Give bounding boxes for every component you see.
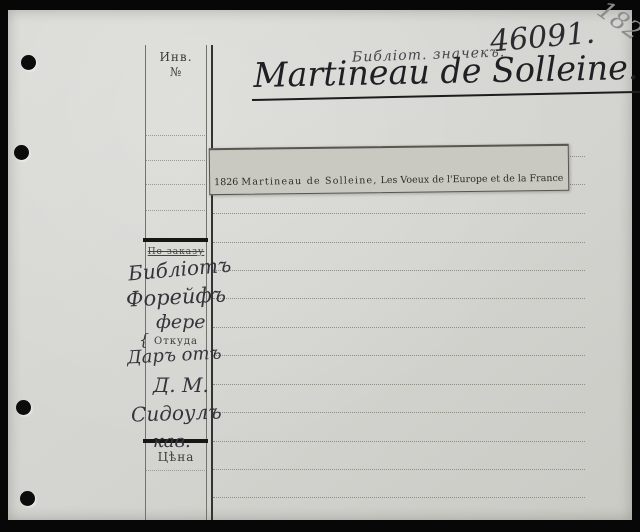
catalog-card-scan: Инв. № По заказу Откуда { Цѣна Библіотъ …	[0, 0, 640, 532]
inventory-label-line2: №	[145, 65, 207, 79]
ruled-line	[213, 355, 585, 356]
punch-hole	[20, 491, 35, 506]
punch-hole	[16, 400, 31, 415]
ruled-line	[213, 412, 585, 413]
slip-entry-number: 1826	[214, 177, 238, 188]
inventory-label-line1: Инв.	[145, 50, 207, 64]
ruled-line	[213, 213, 585, 214]
slip-title-rest: Les Voeux de l'Europe et de la France	[381, 173, 564, 186]
section-bar	[143, 238, 208, 242]
ruled-line	[213, 384, 585, 385]
origin-entry-handwriting: Сидоулъ	[131, 399, 222, 426]
ruled-line	[213, 469, 585, 470]
ruled-line	[213, 327, 585, 328]
ruled-line	[213, 298, 585, 299]
ruled-line	[213, 497, 585, 498]
punch-hole	[14, 145, 29, 160]
origin-entry-handwriting: Д. М.	[153, 373, 209, 397]
punch-hole	[21, 55, 36, 70]
ruled-line	[213, 242, 585, 243]
ruled-line	[213, 270, 585, 271]
origin-entry-handwriting: кав.	[153, 431, 191, 452]
slip-author: Martineau de Solleine,	[241, 175, 377, 188]
printed-catalog-slip: 1826 Martineau de Solleine, Les Voeux de…	[209, 144, 570, 195]
slip-line1: 1826 Martineau de Solleine, Les Voeux de…	[214, 173, 564, 190]
ruled-line	[213, 441, 585, 442]
card-title-handwriting: Martineau de Solleine.	[251, 48, 640, 101]
order-entry-handwriting: фере	[156, 311, 206, 333]
price-label: Цѣна	[145, 450, 207, 464]
